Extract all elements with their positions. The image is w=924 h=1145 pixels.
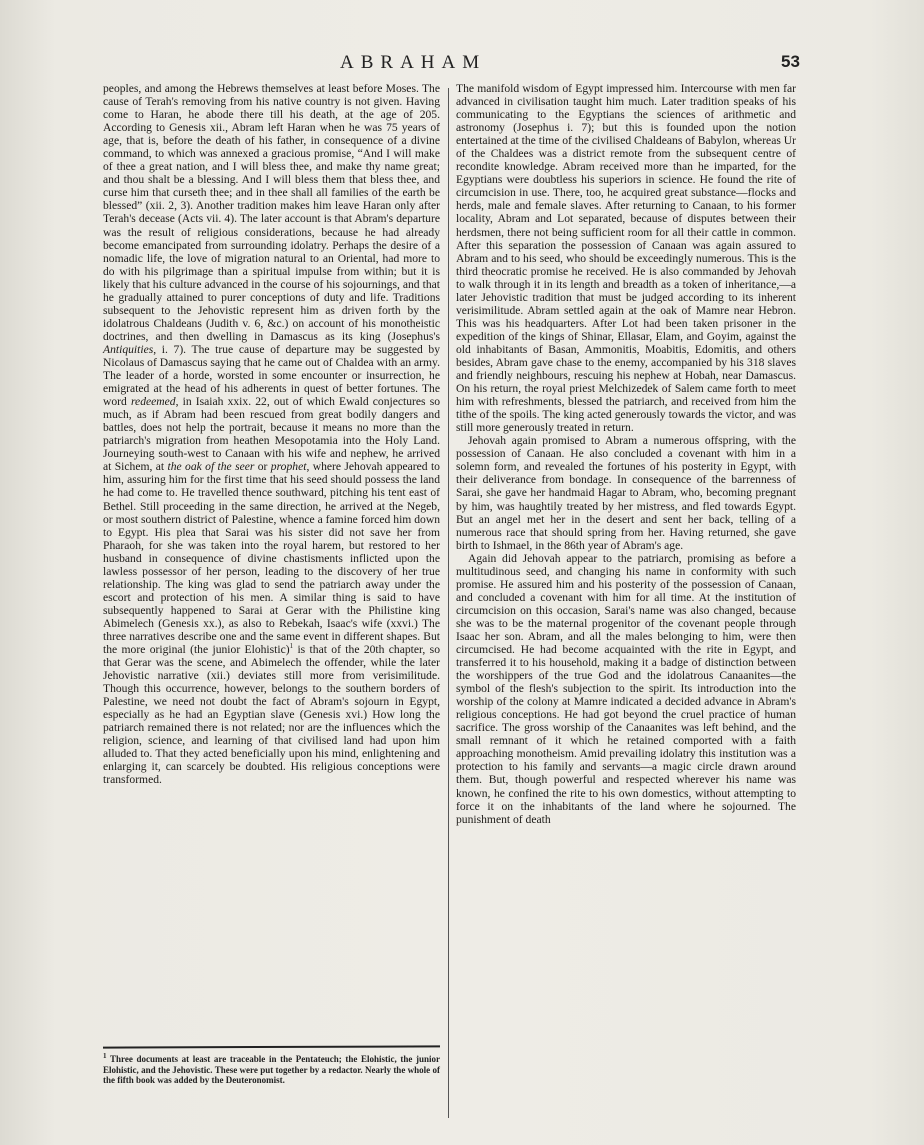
running-title: ABRAHAM: [340, 52, 486, 74]
footnote-text: Three documents at least are traceable i…: [103, 1054, 440, 1085]
paragraph: peoples, and among the Hebrews themselve…: [103, 82, 440, 787]
italic-word: prophet: [271, 460, 307, 473]
paragraph: Jehovah again promised to Abram a numero…: [456, 434, 796, 551]
left-column: peoples, and among the Hebrews themselve…: [103, 82, 440, 787]
text-run: or: [254, 460, 270, 473]
column-divider: [448, 88, 449, 1118]
running-head: ABRAHAM 53: [0, 52, 924, 76]
footnote: 1 Three documents at least are traceable…: [103, 1054, 440, 1086]
text-run: is that of the 20th chapter, so that Ger…: [103, 643, 440, 786]
right-column: The manifold wisdom of Egypt impressed h…: [456, 82, 796, 826]
paragraph: Again did Jehovah appear to the patriarc…: [456, 552, 796, 826]
text-run: , where Jehovah appeared to him, assurin…: [103, 460, 440, 656]
text-run: peoples, and among the Hebrews themselve…: [103, 82, 440, 343]
italic-title: Antiquities: [103, 343, 153, 356]
footnote-rule: [103, 1045, 440, 1048]
paragraph: The manifold wisdom of Egypt impressed h…: [456, 82, 796, 434]
book-page: ABRAHAM 53 peoples, and among the Hebrew…: [0, 0, 924, 1145]
page-number: 53: [781, 52, 800, 72]
italic-phrase: the oak of the seer: [168, 460, 255, 473]
footnote-marker: 1: [103, 1052, 107, 1060]
italic-word: redeemed: [131, 395, 176, 408]
